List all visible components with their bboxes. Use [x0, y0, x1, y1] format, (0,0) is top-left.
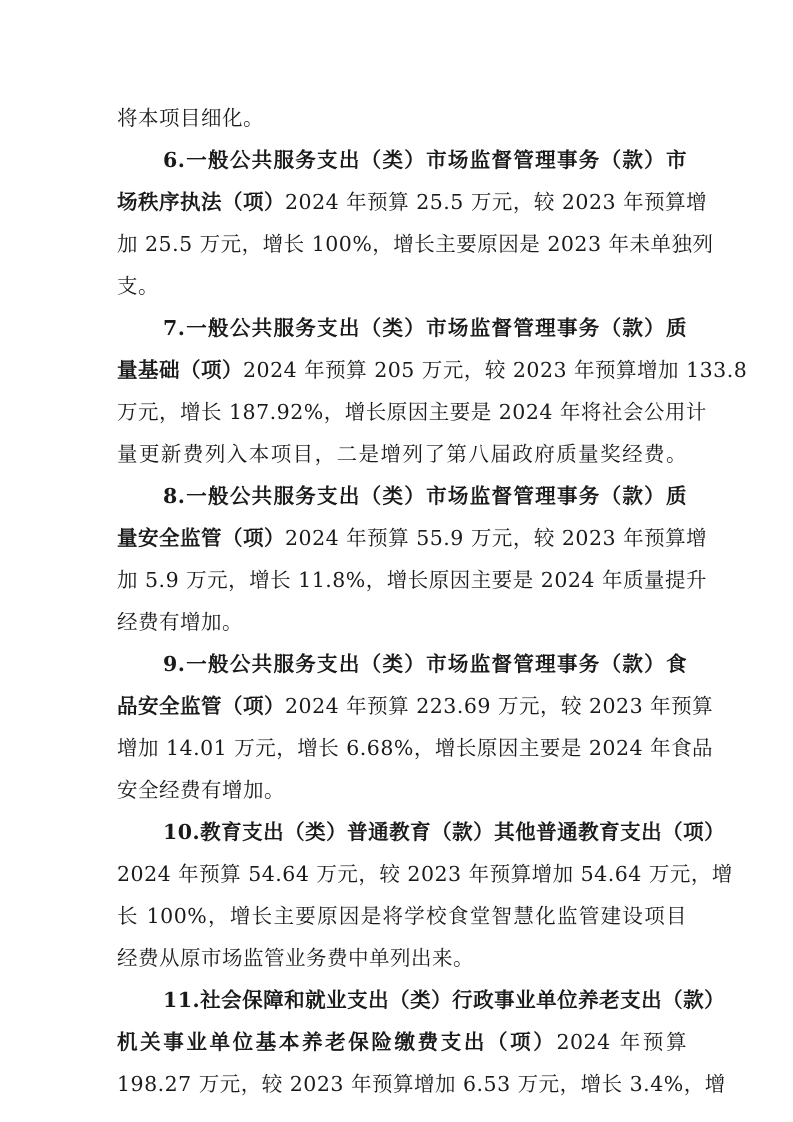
item-heading-text: 8.一般公共服务支出（类）市场监督管理事务（款）质	[163, 484, 687, 508]
paragraph-line: 经费从原市场监管业务费中单列出来。	[117, 944, 687, 972]
item-heading-text: 7.一般公共服务支出（类）市场监督管理事务（款）质	[163, 316, 687, 340]
item-heading-text: 量基础（项）	[117, 358, 243, 382]
item-8-heading: 8.一般公共服务支出（类）市场监督管理事务（款）质	[163, 482, 687, 510]
body-text: 2024 年预算 25.5 万元，较 2023 年预算增	[285, 190, 707, 214]
paragraph-line: 机关事业单位基本养老保险缴费支出（项）2024 年预算	[117, 1028, 687, 1056]
body-text: 2024 年预算 54.64 万元，较 2023 年预算增加 54.64 万元，…	[117, 862, 733, 886]
body-text: 2024 年预算 55.9 万元，较 2023 年预算增	[285, 526, 707, 550]
paragraph-line: 安全经费有增加。	[117, 776, 687, 804]
body-text: 量更新费列入本项目，二是增列了第八届政府质量奖经费。	[117, 442, 687, 466]
paragraph-line: 增加 14.01 万元，增长 6.68%，增长原因主要是 2024 年食品	[117, 734, 687, 762]
body-text: 万元，增长 187.92%，增长原因主要是 2024 年将社会公用计	[117, 400, 707, 424]
item-7-heading: 7.一般公共服务支出（类）市场监督管理事务（款）质	[163, 314, 687, 342]
paragraph-line: 长 100%，增长主要原因是将学校食堂智慧化监管建设项目	[117, 902, 687, 930]
item-heading-text: 品安全监管（项）	[117, 694, 285, 718]
body-text: 198.27 万元，较 2023 年预算增加 6.53 万元，增长 3.4%，增	[117, 1072, 726, 1096]
body-text: 经费有增加。	[117, 610, 243, 634]
paragraph-line: 品安全监管（项）2024 年预算 223.69 万元，较 2023 年预算	[117, 692, 687, 720]
body-text: 增加 14.01 万元，增长 6.68%，增长原因主要是 2024 年食品	[117, 736, 713, 760]
paragraph-line: 198.27 万元，较 2023 年预算增加 6.53 万元，增长 3.4%，增	[117, 1070, 687, 1098]
paragraph-line: 2024 年预算 54.64 万元，较 2023 年预算增加 54.64 万元，…	[117, 860, 687, 888]
body-text: 加 25.5 万元，增长 100%，增长主要原因是 2023 年未单独列	[117, 232, 714, 256]
paragraph-line: 经费有增加。	[117, 608, 687, 636]
body-text: 2024 年预算	[556, 1030, 687, 1054]
body-text: 加 5.9 万元，增长 11.8%，增长原因主要是 2024 年质量提升	[117, 568, 707, 592]
body-text: 长 100%，增长主要原因是将学校食堂智慧化监管建设项目	[117, 904, 687, 928]
paragraph-line: 量安全监管（项）2024 年预算 55.9 万元，较 2023 年预算增	[117, 524, 687, 552]
item-11-heading: 11.社会保障和就业支出（类）行政事业单位养老支出（款）	[163, 986, 687, 1014]
item-heading-text: 场秩序执法（项）	[117, 190, 285, 214]
item-heading-text: 10.教育支出（类）普通教育（款）其他普通教育支出（项）	[163, 820, 725, 844]
item-heading-text: 量安全监管（项）	[117, 526, 285, 550]
item-heading-text: 11.社会保障和就业支出（类）行政事业单位养老支出（款）	[163, 988, 725, 1012]
paragraph-line: 加 5.9 万元，增长 11.8%，增长原因主要是 2024 年质量提升	[117, 566, 687, 594]
paragraph-line: 万元，增长 187.92%，增长原因主要是 2024 年将社会公用计	[117, 398, 687, 426]
paragraph-line: 场秩序执法（项）2024 年预算 25.5 万元，较 2023 年预算增	[117, 188, 687, 216]
item-10-heading: 10.教育支出（类）普通教育（款）其他普通教育支出（项）	[163, 818, 687, 846]
body-text: 安全经费有增加。	[117, 778, 285, 802]
body-text: 将本项目细化。	[117, 106, 264, 130]
body-text: 支。	[117, 274, 159, 298]
body-text: 2024 年预算 223.69 万元，较 2023 年预算	[285, 694, 713, 718]
item-heading-text: 机关事业单位基本养老保险缴费支出（项）	[117, 1030, 556, 1054]
item-9-heading: 9.一般公共服务支出（类）市场监督管理事务（款）食	[163, 650, 687, 678]
paragraph-line: 量基础（项）2024 年预算 205 万元，较 2023 年预算增加 133.8	[117, 356, 687, 384]
document-page: 将本项目细化。 6.一般公共服务支出（类）市场监督管理事务（款）市 场秩序执法（…	[0, 0, 793, 1122]
item-heading-text: 6.一般公共服务支出（类）市场监督管理事务（款）市	[163, 148, 687, 172]
paragraph-line: 将本项目细化。	[117, 104, 687, 132]
body-text: 经费从原市场监管业务费中单列出来。	[117, 946, 474, 970]
paragraph-line: 量更新费列入本项目，二是增列了第八届政府质量奖经费。	[117, 440, 687, 468]
item-heading-text: 9.一般公共服务支出（类）市场监督管理事务（款）食	[163, 652, 687, 676]
paragraph-line: 加 25.5 万元，增长 100%，增长主要原因是 2023 年未单独列	[117, 230, 687, 258]
paragraph-line: 支。	[117, 272, 687, 300]
item-6-heading: 6.一般公共服务支出（类）市场监督管理事务（款）市	[163, 146, 687, 174]
body-text: 2024 年预算 205 万元，较 2023 年预算增加 133.8	[243, 358, 747, 382]
